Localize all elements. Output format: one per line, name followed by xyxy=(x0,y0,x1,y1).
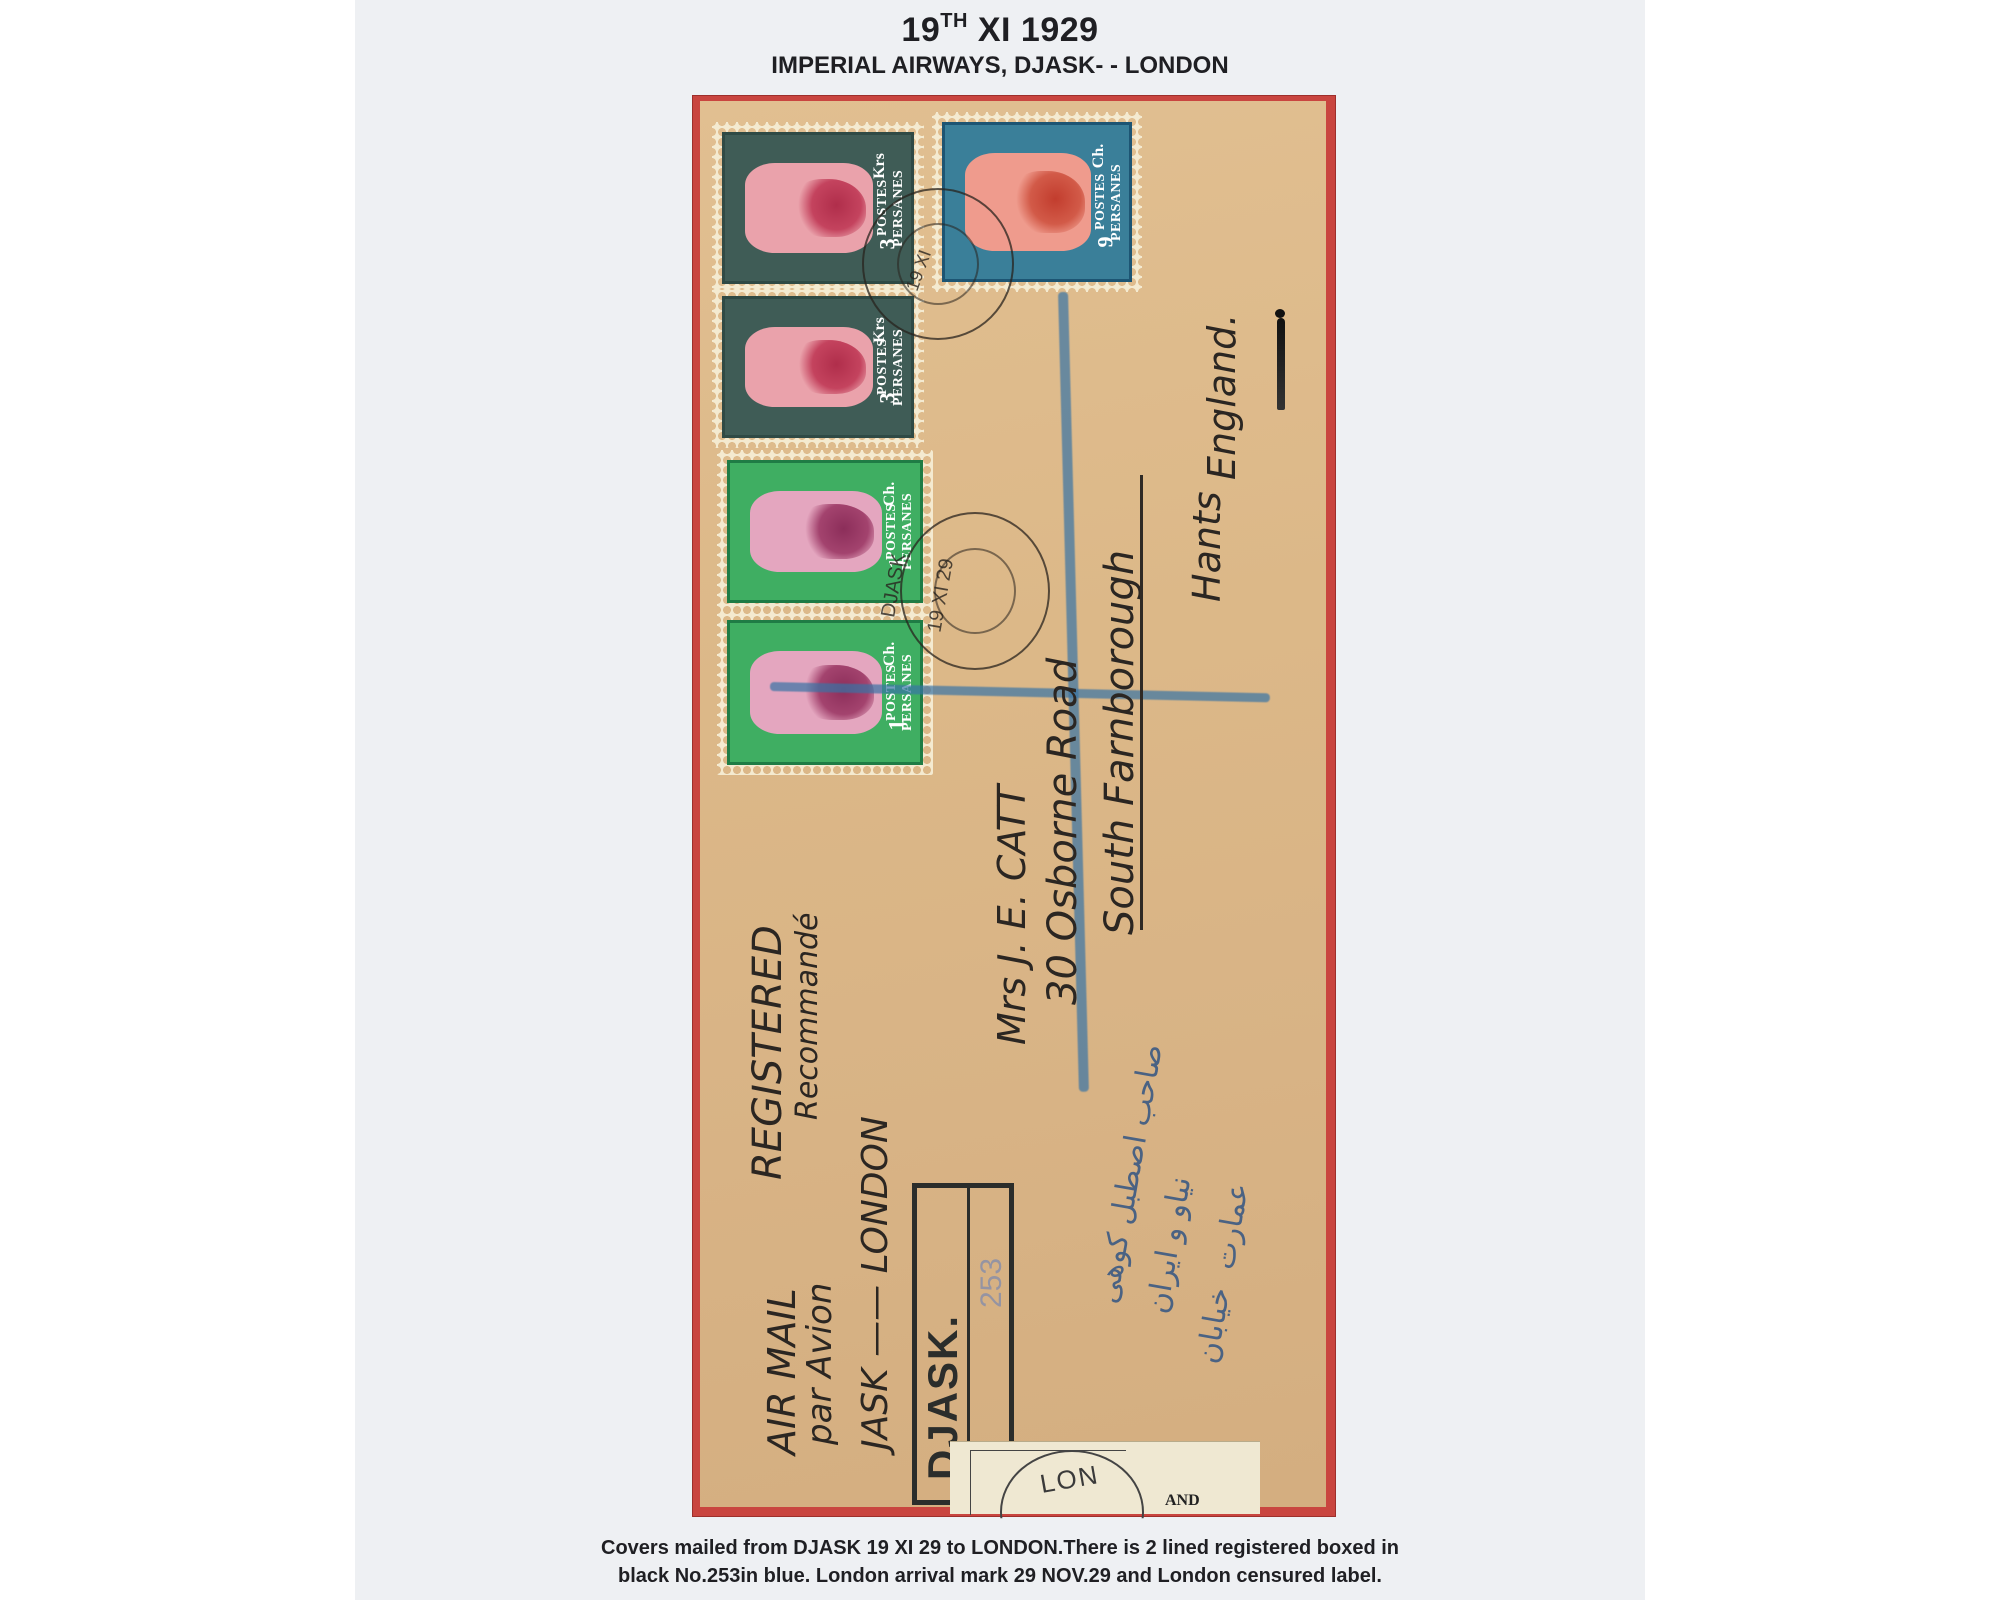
stamp-unit: Ch. xyxy=(1090,144,1108,168)
county-text: Hants xyxy=(1185,491,1229,602)
stamp-unit: Ch. xyxy=(881,642,899,666)
title-day: 19 xyxy=(901,11,940,49)
stamp-denomination: 1 xyxy=(884,720,910,731)
censor-label-text: AND xyxy=(1165,1492,1200,1510)
portrait-icon xyxy=(798,504,874,559)
ink-dash-mark xyxy=(1277,318,1285,410)
portrait-icon xyxy=(792,179,866,237)
stamp-unit: Krs xyxy=(871,153,889,179)
stamp-denomination: 9 xyxy=(1093,237,1119,248)
title-date: XI 1929 xyxy=(978,11,1099,49)
ink-dot xyxy=(1275,309,1285,318)
recommande-text: Recommandé xyxy=(790,913,825,1121)
stamp-unit: Ch. xyxy=(881,482,899,506)
title-day-suffix: TH xyxy=(940,10,968,32)
caption-line-2: black No.253in blue. London arrival mark… xyxy=(355,1565,1645,1588)
addressee-text: Mrs J. E. CATT xyxy=(990,785,1034,1045)
street-text: 30 Osborne Road xyxy=(1040,658,1086,1005)
registered-text: REGISTERED xyxy=(745,925,791,1180)
postmark-middle: 19 XI 29 DJASK xyxy=(900,512,1050,670)
town-underline xyxy=(1140,475,1143,930)
london-censor-label: LON AND xyxy=(950,1441,1260,1514)
postmark-top: 19 XI xyxy=(862,188,1014,340)
page-title: 19TH XI 1929 xyxy=(355,10,1645,50)
route-text: JASK —— LONDON xyxy=(855,1116,896,1450)
stamp-unit: Krs xyxy=(871,317,889,343)
caption-line-1: Covers mailed from DJASK 19 XI 29 to LON… xyxy=(355,1537,1645,1560)
portrait-icon xyxy=(792,340,866,394)
air-mail-text: AIR MAIL xyxy=(760,1288,804,1455)
country-text: England. xyxy=(1200,314,1244,480)
town-text: South Farnborough xyxy=(1097,550,1143,935)
registration-number: 253 xyxy=(975,1258,1009,1308)
par-avion-text: par Avion xyxy=(800,1283,840,1445)
page-subtitle: IMPERIAL AIRWAYS, DJASK- - LONDON xyxy=(355,52,1645,80)
portrait-icon xyxy=(1011,171,1085,233)
stamp-denomination: 3 xyxy=(875,393,901,404)
